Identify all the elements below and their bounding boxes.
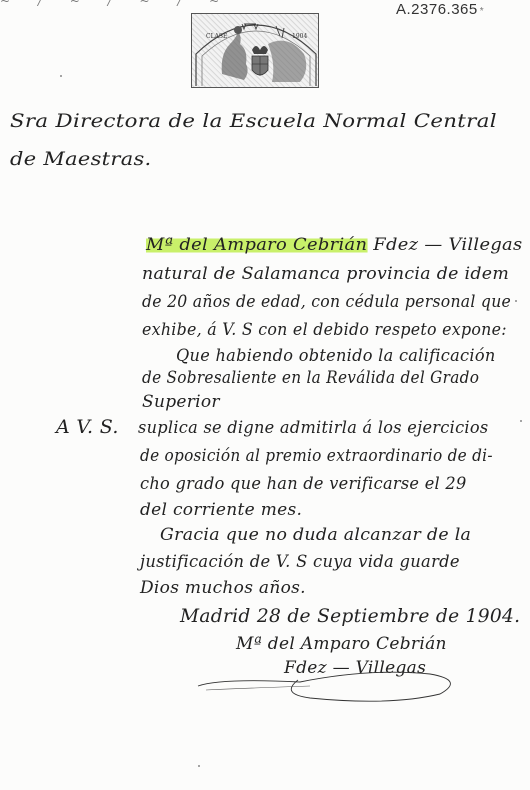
applicant-name-rest: Fdez — Villegas (373, 235, 522, 255)
petition-line: suplica se digne admitirla á los ejercic… (138, 418, 488, 438)
addressee-line-1: Sra Directora de la Escuela Normal Centr… (10, 110, 497, 132)
svg-text:CLASE: CLASE (206, 33, 227, 40)
document-page: ~ / ~ / ~ / ~ A.2376.365* CLASE 1904 (0, 0, 530, 790)
archive-number-text: A.2376.365 (396, 1, 478, 18)
body-line: Superior (142, 392, 220, 412)
scan-speck (515, 300, 517, 302)
addressee-line-2: de Maestras. (10, 148, 152, 170)
closing-line: Dios muchos años. (140, 578, 306, 598)
body-line: de 20 años de edad, con cédula personal … (142, 292, 511, 312)
petition-line: del corriente mes. (140, 500, 302, 520)
signature-flourish-icon (190, 660, 490, 710)
petition-line: cho grado que han de verificarse el 29 (140, 474, 467, 494)
petition-lead: A V. S. (56, 416, 119, 438)
dateline: Madrid 28 de Septiembre de 1904. (180, 605, 520, 627)
archive-number: A.2376.365* (396, 1, 484, 18)
seal-stamp-icon: CLASE 1904 (191, 13, 319, 88)
applicant-name-line: Mª del Amparo Cebrián Fdez — Villegas (146, 235, 522, 255)
cropped-header-scrawl: ~ / ~ / ~ / ~ (0, 0, 340, 6)
closing-line: Gracia que no duda alcanzar de la (160, 525, 471, 545)
applicant-name-highlighted: Mª del Amparo Cebrián (146, 235, 367, 255)
svg-text:1904: 1904 (292, 33, 307, 40)
closing-line: justificación de V. S cuya vida guarde (140, 552, 460, 572)
body-line: natural de Salamanca provincia de idem (142, 264, 509, 284)
body-line: de Sobresaliente en la Reválida del Grad… (142, 368, 479, 388)
petition-line: de oposición al premio extraordinario de… (140, 446, 493, 466)
scan-speck (520, 420, 522, 422)
scan-speck (60, 75, 62, 77)
body-line: Que habiendo obtenido la calificación (176, 346, 496, 366)
body-line: exhibe, á V. S con el debido respeto exp… (142, 320, 507, 340)
archive-mark: * (480, 6, 484, 17)
scan-speck (198, 765, 200, 767)
signature-line-1: Mª del Amparo Cebrián (236, 634, 447, 654)
